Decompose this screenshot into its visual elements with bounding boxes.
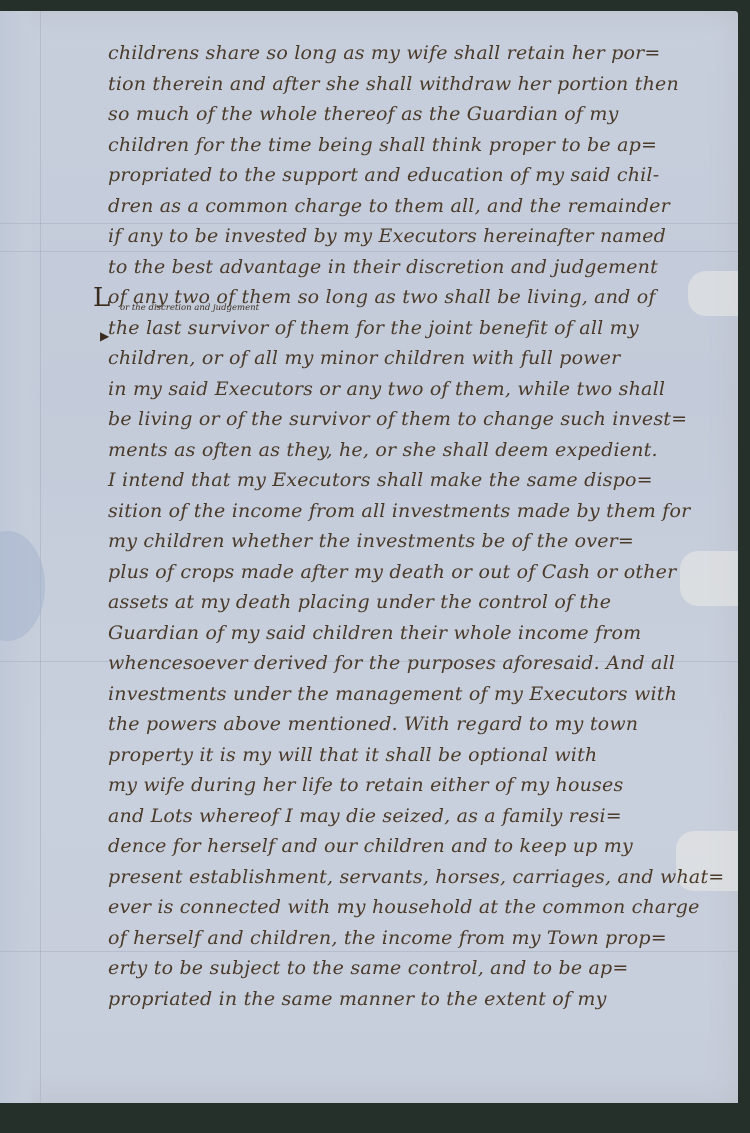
text-line: dren as a common charge to them all, and… xyxy=(108,191,738,222)
text-line: ever is connected with my household at t… xyxy=(108,892,738,923)
text-line: my wife during her life to retain either… xyxy=(108,770,738,801)
text-line: assets at my death placing under the con… xyxy=(108,587,738,618)
text-line: in my said Executors or any two of them,… xyxy=(108,374,738,405)
text-line: plus of crops made after my death or out… xyxy=(108,557,738,588)
text-line: children for the time being shall think … xyxy=(108,130,738,161)
text-line: so much of the whole thereof as the Guar… xyxy=(108,99,738,130)
text-line: of any two of them so long as two shall … xyxy=(108,282,738,313)
text-line: if any to be invested by my Executors he… xyxy=(108,221,738,252)
text-line: sition of the income from all investment… xyxy=(108,496,738,527)
text-line: Guardian of my said children their whole… xyxy=(108,618,738,649)
text-line: propriated to the support and education … xyxy=(108,160,738,191)
text-line: propriated in the same manner to the ext… xyxy=(108,984,738,1015)
text-line: property it is my will that it shall be … xyxy=(108,740,738,771)
text-line: I intend that my Executors shall make th… xyxy=(108,465,738,496)
handwritten-text: childrens share so long as my wife shall… xyxy=(108,38,738,1014)
text-line: the powers above mentioned. With regard … xyxy=(108,709,738,740)
text-line: and Lots whereof I may die seized, as a … xyxy=(108,801,738,832)
text-line: whencesoever derived for the purposes af… xyxy=(108,648,738,679)
text-line: ments as often as they, he, or she shall… xyxy=(108,435,738,466)
text-line: investments under the management of my E… xyxy=(108,679,738,710)
text-line: present establishment, servants, horses,… xyxy=(108,862,738,893)
text-line: erty to be subject to the same control, … xyxy=(108,953,738,984)
text-line: childrens share so long as my wife shall… xyxy=(108,38,738,69)
text-line: children, or of all my minor children wi… xyxy=(108,343,738,374)
text-line: the last survivor of them for the joint … xyxy=(108,313,738,344)
manuscript-page: L ▶ or the discretion and judgement chil… xyxy=(0,11,738,1103)
text-line: tion therein and after she shall withdra… xyxy=(108,69,738,100)
text-line: of herself and children, the income from… xyxy=(108,923,738,954)
text-line: to the best advantage in their discretio… xyxy=(108,252,738,283)
text-line: be living or of the survivor of them to … xyxy=(108,404,738,435)
text-line: dence for herself and our children and t… xyxy=(108,831,738,862)
text-line: my children whether the investments be o… xyxy=(108,526,738,557)
